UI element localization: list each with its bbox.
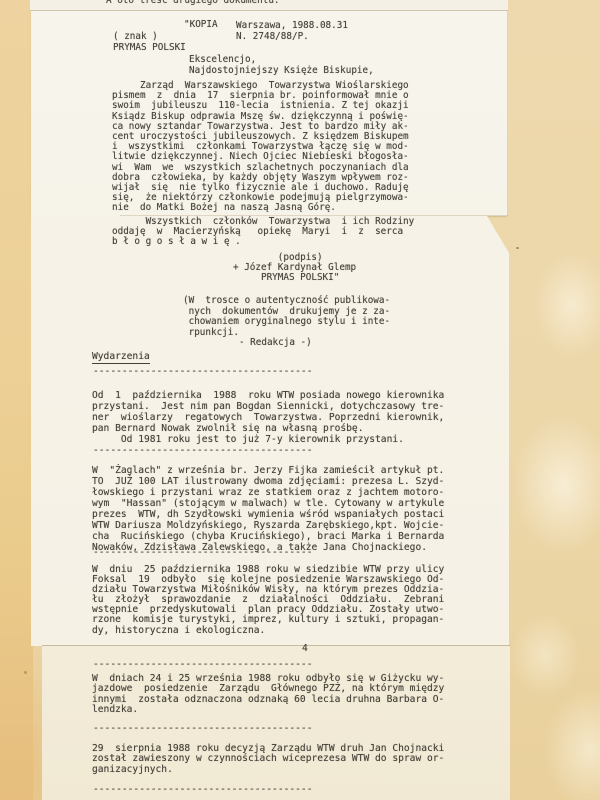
divider-line: -------------------------------------- bbox=[93, 785, 313, 795]
divider-line: -------------------------------------- bbox=[93, 660, 313, 670]
letter-signature: (podpis) + Józef Kardynał Glemp PRYMAS P… bbox=[233, 253, 356, 284]
album-left-strip bbox=[0, 0, 33, 800]
divider-line: -------------------------------------- bbox=[93, 367, 313, 377]
letter-kopia-label: "KOPIA bbox=[184, 20, 218, 30]
paper-speck bbox=[24, 671, 27, 674]
page-number: 4 bbox=[302, 644, 308, 654]
letter-body-paragraph-2: Wszystkich członków Towarzystwa i ich Ro… bbox=[112, 217, 414, 248]
divider-line: -------------------------------------- bbox=[93, 724, 313, 734]
event-item-5: 29 sierpnia 1988 roku decyzją Zarządu WT… bbox=[92, 744, 444, 775]
letter-body-paragraph-1: Zarząd Warszawskiego Towarzystwa Wioślar… bbox=[112, 81, 409, 214]
events-heading: Wydarzenia bbox=[92, 352, 150, 364]
event-item-2: W "Żaglach" z września br. Jerzy Fijka z… bbox=[92, 465, 444, 553]
paper-speck bbox=[516, 247, 519, 249]
event-item-3: W dniu 25 października 1988 roku w siedz… bbox=[92, 565, 444, 636]
paper-seam-top bbox=[30, 10, 508, 11]
divider-line: -------------------------------------- bbox=[93, 548, 313, 558]
paper-seam-bottom bbox=[42, 645, 510, 646]
event-item-4: W dniach 24 i 25 września 1988 roku odby… bbox=[92, 674, 444, 716]
divider-line: -------------------------------------- bbox=[93, 446, 313, 456]
letter-sender: ( znak ) PRYMAS POLSKI bbox=[113, 31, 186, 53]
intro-line: A oto treść drugiego dokumentu: bbox=[106, 0, 280, 6]
letter-place-date: Warszawa, 1988.08.31 N. 2748/88/P. bbox=[236, 20, 348, 42]
editor-note: (W trosce o autentyczność publikowa- nyc… bbox=[183, 296, 390, 349]
event-item-1: Od 1 października 1988 roku WTW posiada … bbox=[92, 390, 444, 445]
letter-salutation: Ekscelencjo, Najdostojniejszy Księże Bis… bbox=[189, 54, 374, 76]
